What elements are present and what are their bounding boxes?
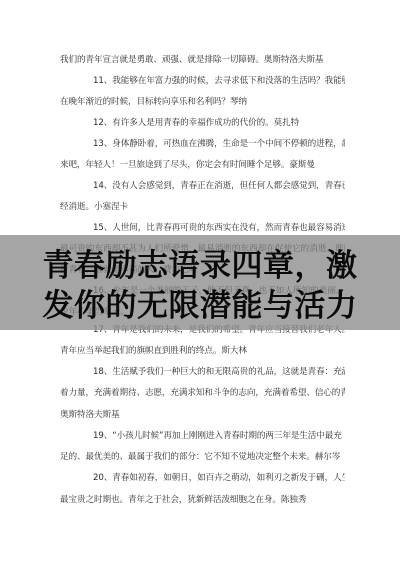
title-banner: 少年心事当拿云。16、少年是一个美丽的王子，他不但天真，也不如人所知的美丽。持青… (0, 235, 400, 330)
document-text-line: 最宝贵之时期也。青年之于社会，犹新鲜活泼细胞之在身。陈独秀 (60, 494, 345, 506)
document-text-line: 奥斯特洛夫斯基 (60, 409, 345, 421)
banner-title-line-1: 青春励志语录四章，激 (0, 249, 400, 283)
document-text-line: 15、人世间，比青春再可贵的东西实在没有，然而青春也最容易消逝。 (93, 222, 345, 234)
document-text-line: 18、生活赋予我们一种巨大的和无限高贵的礼品，这就是青春：充满 (93, 366, 345, 378)
document-text-line: 我们的青年宣言就是勇敢、顽强、就是排除一切障碍。奥斯特洛夫斯基 (60, 54, 345, 66)
document-text-line: 20、青春如初春，如朝日，如百卉之萌动，如利刃之新发于硎，人生 (93, 472, 345, 484)
document-text-line: 来吧，年轻人！一旦旅途到了尽头，你定会有时间睡个足够。豪斯曼 (60, 159, 345, 171)
document-text-line: 足的、最优美的、最属于我们的部分：它不知不觉地决定整个未来。赫尔岑 (60, 451, 345, 463)
document-text-line: 经消逝。小塞涅卡 (60, 201, 345, 213)
document-text-line: 14、没有人会感觉到，青春正在消逝，但任何人都会感觉到，青春已 (93, 180, 345, 192)
document-text-line: 11、我能够在年富力强的时候，去寻求低下和没落的生活吗？我能够 (93, 75, 345, 87)
document-text-line: 着力量，充满着期待、志愿，充满求知和斗争的志向，充满着希望、信心的青春。 (60, 387, 345, 399)
document-text-line: 12、有许多人是用青春的幸福作成功的代价的。莫扎特 (93, 117, 345, 129)
banner-title-line-2: 发你的无限潜能与活力 (0, 289, 400, 323)
document-text-line: 19、“小孩儿时候”再加上刚刚进入青春时期的两三年是生活中最充 (93, 430, 345, 442)
document-text-line: 青年应当举起我们的旗帜直到胜利的终点。斯大林 (60, 345, 345, 357)
document-text-line: 在晚年渐近的时候，目标转向享乐和名利吗？琴纳 (60, 96, 345, 108)
document-text-line: 13、身体静卧着，可热血在沸腾，生命是一个中间不停顿的进程，起 (93, 138, 345, 150)
